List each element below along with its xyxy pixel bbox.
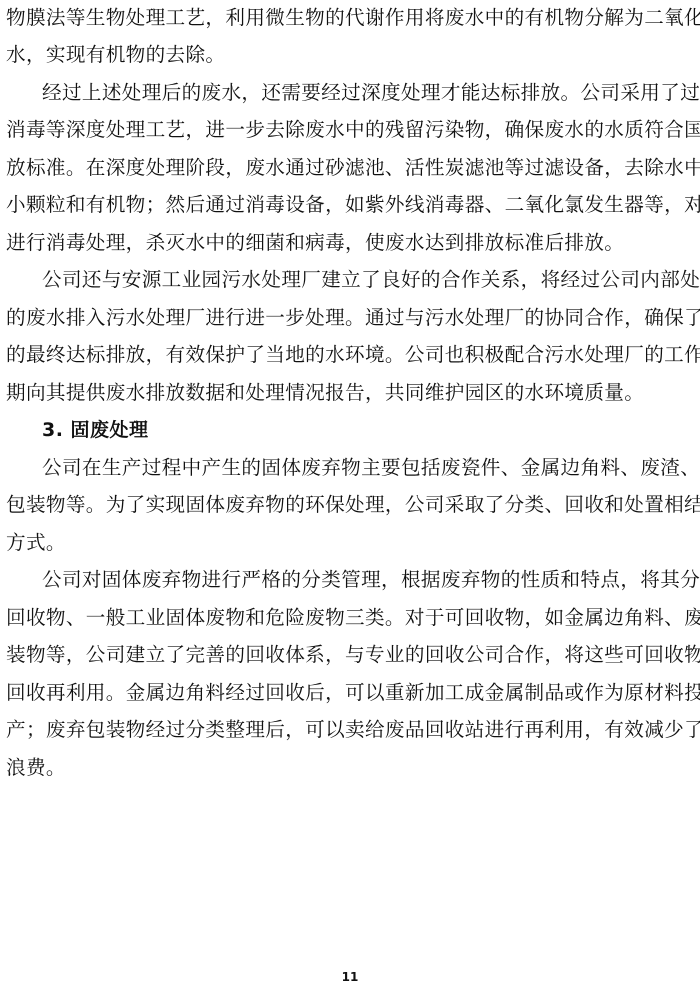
section-heading: 3. 固废处理 — [42, 418, 149, 442]
paragraph-line: 包装物等。为了实现固体废弃物的环保处理，公司采取了分类、回收和处置相结合的 — [6, 493, 696, 517]
paragraph-line: 水，实现有机物的去除。 — [6, 43, 696, 67]
paragraph-line: 装物等，公司建立了完善的回收体系，与专业的回收公司合作，将这些可回收物进行 — [6, 643, 696, 667]
page-number: 11 — [0, 970, 700, 984]
paragraph-line: 放标准。在深度处理阶段，废水通过砂滤池、活性炭滤池等过滤设备，去除水中的微 — [6, 156, 696, 180]
paragraph-line: 消毒等深度处理工艺，进一步去除废水中的残留污染物，确保废水的水质符合国家排 — [6, 118, 696, 142]
paragraph-line: 小颗粒和有机物；然后通过消毒设备，如紫外线消毒器、二氧化氯发生器等，对废水 — [6, 193, 696, 217]
document-page: 物膜法等生物处理工艺，利用微生物的代谢作用将废水中的有机物分解为二氧化碳和 水，… — [0, 0, 700, 989]
paragraph-line: 期向其提供废水排放数据和处理情况报告，共同维护园区的水环境质量。 — [6, 381, 696, 405]
paragraph-line: 方式。 — [6, 531, 696, 555]
paragraph-line: 物膜法等生物处理工艺，利用微生物的代谢作用将废水中的有机物分解为二氧化碳和 — [6, 6, 696, 30]
paragraph-line: 公司对固体废弃物进行严格的分类管理，根据废弃物的性质和特点，将其分为可 — [42, 568, 696, 592]
paragraph-line: 浪费。 — [6, 756, 696, 780]
paragraph-line: 的最终达标排放，有效保护了当地的水环境。公司也积极配合污水处理厂的工作，定 — [6, 343, 696, 367]
paragraph-line: 回收物、一般工业固体废物和危险废物三类。对于可回收物，如金属边角料、废弃包 — [6, 606, 696, 630]
paragraph-line: 公司在生产过程中产生的固体废弃物主要包括废瓷件、金属边角料、废渣、废弃 — [42, 456, 696, 480]
paragraph-line: 回收再利用。金属边角料经过回收后，可以重新加工成金属制品或作为原材料投入生 — [6, 681, 696, 705]
paragraph-line: 公司还与安源工业园污水处理厂建立了良好的合作关系，将经过公司内部处理后 — [42, 268, 696, 292]
paragraph-line: 经过上述处理后的废水，还需要经过深度处理才能达标排放。公司采用了过滤、 — [42, 81, 696, 105]
paragraph-line: 产；废弃包装物经过分类整理后，可以卖给废品回收站进行再利用，有效减少了资源 — [6, 718, 696, 742]
paragraph-line: 的废水排入污水处理厂进行进一步处理。通过与污水处理厂的协同合作，确保了废水 — [6, 306, 696, 330]
paragraph-line: 进行消毒处理，杀灭水中的细菌和病毒，使废水达到排放标准后排放。 — [6, 231, 696, 255]
